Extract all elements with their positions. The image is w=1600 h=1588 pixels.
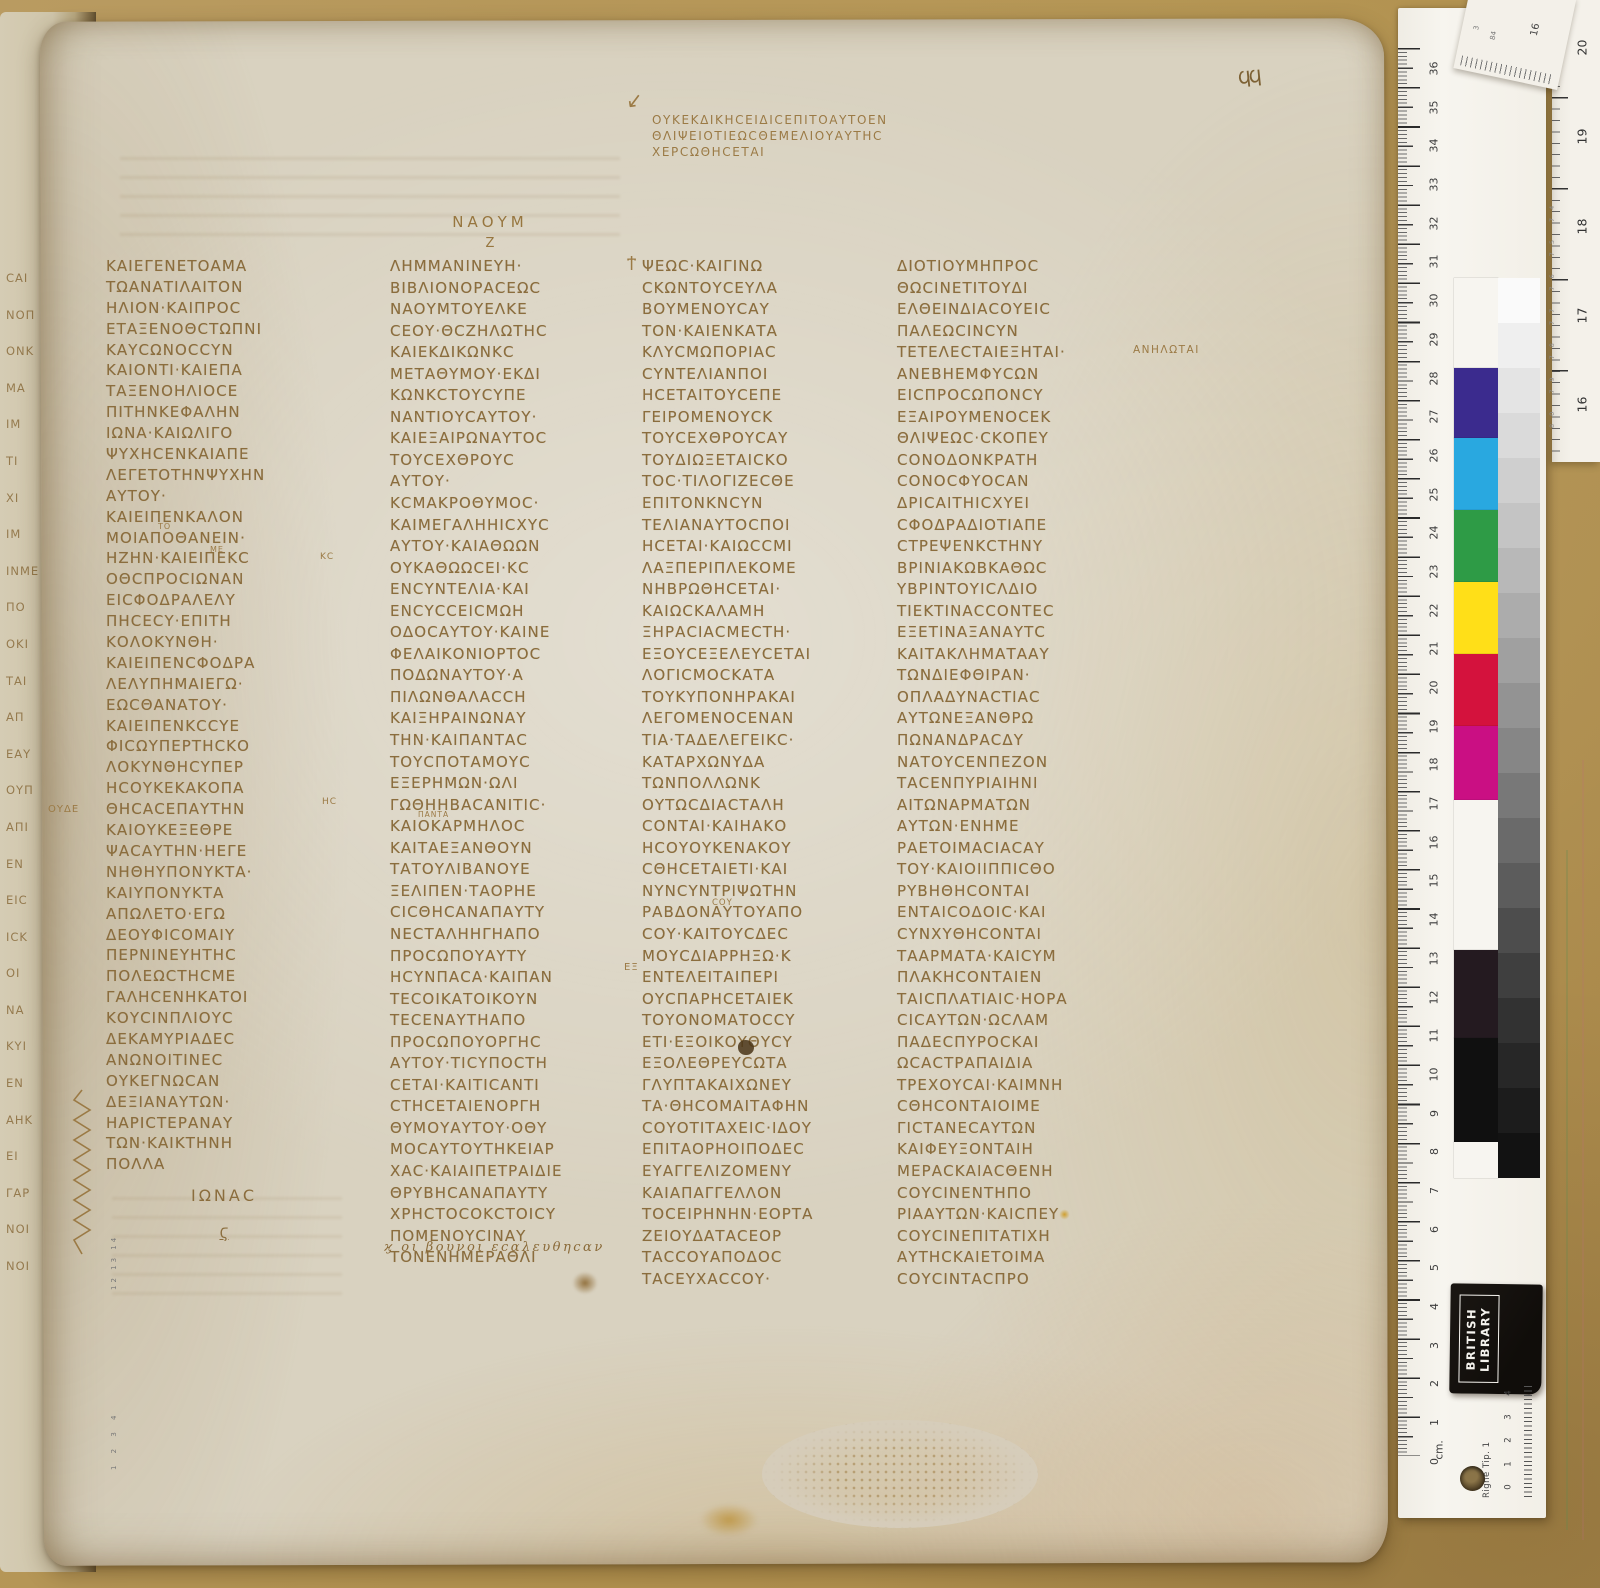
coronis-decoration [70, 1088, 94, 1258]
text-line: ΤΩΝΠΟΛΛΩΝΚ [642, 773, 878, 795]
cm-number: 24 [1428, 526, 1441, 540]
text-line: ΑΥΤΟΥ· [106, 486, 342, 507]
text-line: ΝΗΘΗΥΠΟΝΥΚΤΑ· [106, 862, 342, 883]
text-line: ΚΑΙΦΕΥΞΟΝΤΑΙΗ [897, 1139, 1133, 1161]
colour-calibration-chart [1454, 278, 1540, 1178]
gray-step [1498, 593, 1540, 638]
cm-number: 4 [1428, 1303, 1441, 1310]
colour-patch [1454, 278, 1498, 368]
text-line: ΝΥΝϹΥΝΤΡΙΨΩΤΗΝ [642, 881, 878, 903]
cm-number: 18 [1428, 758, 1441, 772]
inch-number: 17 [1575, 307, 1590, 323]
cm-number: 11 [1428, 1029, 1441, 1043]
inch-scale-numbers: 2019181716 [1572, 40, 1592, 412]
text-line: ΚΑΙΥΠΟΝΥΚΤΑ [106, 883, 342, 904]
inch-number: 19 [1575, 129, 1590, 145]
text-line: ΠΗϹΕϹΥ·ΕΠΙΤΗ [106, 611, 342, 632]
cm-number: 30 [1428, 294, 1441, 308]
text-line: ΤΙΕΚΤΙΝΑϹϹΟΝΤΕϹ [897, 601, 1133, 623]
text-line: ΑΥΤΟΥ·ΚΑΙΑΘΩΩΝ [390, 536, 626, 558]
text-line: ΤΟΥΟΝΟΜΑΤΟϹϹΥ [642, 1010, 878, 1032]
colour-patch [1454, 510, 1498, 582]
text-line: ΕΝϹΥΝΤΕΛΙΑ·ΚΑΙ [390, 579, 626, 601]
text-line: ϹΕΤΑΙ·ΚΑΙΤΙϹΑΝΤΙ [390, 1075, 626, 1097]
cm-number: 14 [1428, 913, 1441, 927]
text-line: ΘΛΙΨΕΩϹ·ϹΚΟΠΕΥ [897, 428, 1133, 450]
text-line: ΛΟΓΙϹΜΟϹΚΑΤΑ [642, 665, 878, 687]
text-line: ΑΥΤΟΥ· [390, 471, 626, 493]
subscription-numeral: Ϛ [106, 1226, 342, 1242]
text-line: ΕΞΟΛΕΘΡΕΥϹΩΤΑ [642, 1053, 878, 1075]
text-line: ΔΕΟΥΦΙϹΟΜΑΙΥ [106, 925, 342, 946]
text-line: ΓΙϹΤΑΝΕϹΑΥΤΩΝ [897, 1118, 1133, 1140]
text-line: ΚΑΙΜΕΓΑΛΗΗΙϹΧΥϹ [390, 515, 626, 537]
text-line: ΤΟϹ·ΤΙΛΟΓΙΖΕϹΘΕ [642, 471, 878, 493]
text-line: ϹΙϹΑΥΤΩΝ·ΩϹΛΑΜ [897, 1010, 1133, 1032]
text-line: ΤΟΥΔΙΩΞΕΤΑΙϹΚΟ [642, 450, 878, 472]
text-line: ΟΥΚΕΓΝΩϹΑΝ [106, 1071, 342, 1092]
text-line: ΤΑϹΕΥΧΑϹϹΟΥ· [642, 1269, 878, 1291]
text-line: ΛΕΓΟΜΕΝΟϹΕΝΑΝ [642, 708, 878, 730]
text-line: ΙΩΝΑ·ΚΑΙΩΛΙΓΟ [106, 423, 342, 444]
text-line: ϹΟΥΟΤΙΤΑΧΕΙϹ·ΙΔΟΥ [642, 1118, 878, 1140]
cm-number: 9 [1428, 1110, 1441, 1117]
cm-number: 29 [1428, 332, 1441, 346]
interlinear-correction: ΜΕ [210, 545, 224, 554]
text-line: ΤΩΝ·ΚΑΙΚΤΗΝΗ [106, 1133, 342, 1154]
text-line: ΒΙΒΛΙΟΝΟΡΑϹΕΩϹ [390, 278, 626, 300]
text-line: ΗϹΕΤΑΙ·ΚΑΙΩϹϹΜΙ [642, 536, 878, 558]
text-line: ΑΝΕΒΗΕΜΦΥϹΩΝ [897, 364, 1133, 386]
text-line: ΟΘϹΠΡΟϹΙΩΝΑΝ [106, 569, 342, 590]
marginal-correction: ΕΞ [624, 962, 639, 973]
text-line: ΚΑΙΟΝΤΙ·ΚΑΙΕΠΑ [106, 360, 342, 381]
marginal-correction: ΗϹ [322, 797, 337, 807]
text-line: ΞΕΛΙΠΕΝ·ΤΑΟΡΗΕ [390, 881, 626, 903]
text-line: ΔΡΙϹΑΙΤΗΙϹΧΥΕΙ [897, 493, 1133, 515]
text-line: ΠΟΛΕΩϹΤΗϹΜΕ [106, 966, 342, 987]
text-line: ΚΑΙΕΙΠΕΝϹΦΟΔΡΑ [106, 653, 342, 674]
text-line: ΘΡΥΒΗϹΑΝΑΠΑΥΤΥ [390, 1183, 626, 1205]
colour-patch [1454, 438, 1498, 510]
gray-step [1498, 1088, 1540, 1133]
text-line: ΕΞΕΡΗΜΩΝ·ΩΛΙ [390, 773, 626, 795]
text-line: ΚΑΙΟΥΚΕΞΕΘΡΕ [106, 820, 342, 841]
text-line: ϹΘΗϹΟΝΤΑΙΟΙΜΕ [897, 1096, 1133, 1118]
text-line: ϹΟΝΤΑΙ·ΚΑΙΗΑΚΟ [642, 816, 878, 838]
text-line: ΠΙΤΗΝΚΕΦΑΛΗΝ [106, 402, 342, 423]
cm-number: 15 [1428, 874, 1441, 888]
text-line: ΤΟΥΚΥΠΟΝΗΡΑΚΑΙ [642, 687, 878, 709]
inch-number: 20 [1575, 40, 1590, 56]
text-line: ΕΩϹΘΑΝΑΤΟΥ· [106, 695, 342, 716]
colour-patch [1454, 726, 1498, 800]
subscription-jonah: ΙΩΝΑϹ [106, 1186, 342, 1205]
gray-step [1498, 1133, 1540, 1178]
text-line: ΜΟΙΑΠΟΘΑΝΕΙΝ· [106, 528, 342, 549]
text-line: ΧΑϹ·ΚΑΙΑΙΠΕΤΡΑΙΔΙΕ [390, 1161, 626, 1183]
mini-scale-numbers: 1 2 3 4 [110, 1411, 118, 1471]
text-line: ΚΑΙΕΚΔΙΚΩΝΚϹ [390, 342, 626, 364]
ruler-fragment-number: 84 [1489, 30, 1499, 40]
cm-number: 26 [1428, 448, 1441, 462]
text-column-2: ΛΗΜΜΑΝΙΝΕΥΗ·ΒΙΒΛΙΟΝΟΡΑϹΕΩϹΝΑΟΥΜΤΟΥΕΛΚΕϹΕ… [390, 256, 626, 1269]
text-line: ΨΕΩϹ·ΚΑΙΓΙΝΩ [642, 256, 878, 278]
text-line: ΝΑΝΤΙΟΥϹΑΥΤΟΥ· [390, 407, 626, 429]
cm-number: 13 [1428, 951, 1441, 965]
text-line: ΚΩΝΚϹΤΟΥϹΥΠΕ [390, 385, 626, 407]
text-line: ΡΥΒΗΘΗϹΟΝΤΑΙ [897, 881, 1133, 903]
cm-number: 27 [1428, 410, 1441, 424]
colour-patch [1454, 582, 1498, 654]
text-line: ΚΑΙΞΗΡΑΙΝΩΝΑΥ [390, 708, 626, 730]
gray-step [1498, 908, 1540, 953]
cm-number: 16 [1428, 835, 1441, 849]
text-line: ϹΟΝΟϹΦΥΟϹΑΝ [897, 471, 1133, 493]
text-line: ΕΤΙ·ΕΞΟΙΚΟΥΘΥϹΥ [642, 1032, 878, 1054]
text-line: ΠΑΛΕΩϹΙΝϹΥΝ [897, 321, 1133, 343]
text-line: ΗϹΟΥΚΕΚΑΚΟΠΑ [106, 778, 342, 799]
righe-number: 2 [1504, 1437, 1514, 1442]
mini-scale-numbers: 12 13 14 [110, 1235, 118, 1290]
text-line: ΤΑϹϹΟΥΑΠΟΔΟϹ [642, 1247, 878, 1269]
cursive-foot-note: ϗ οι βουνοι εϲαλευθηϲαν [384, 1240, 605, 1255]
text-line: ΤΩΝΔΙΕΦΘΙΡΑΝ· [897, 665, 1133, 687]
text-line: ΗΖΗΝ·ΚΑΙΕΙΠΕΚϹ [106, 548, 342, 569]
text-line: ΕΝΤΑΙϹΟΔΟΙϹ·ΚΑΙ [897, 902, 1133, 924]
text-line: ΒΡΙΝΙΑΚΩΒΚΑΘΩϹ [897, 558, 1133, 580]
gray-step [1498, 548, 1540, 593]
text-line: ϹΤΗϹΕΤΑΙΕΝΟΡΓΗ [390, 1096, 626, 1118]
gray-step [1498, 728, 1540, 773]
text-line: ΟΥΚΑΘΩΩϹΕΙ·ΚϹ [390, 558, 626, 580]
cm-number: 2 [1428, 1380, 1441, 1387]
text-line: ΗϹΥΝΠΑϹΑ·ΚΑΙΠΑΝ [390, 967, 626, 989]
text-line: ΚϹΜΑΚΡΟΘΥΜΟϹ· [390, 493, 626, 515]
text-line: ΤΕϹΟΙΚΑΤΟΙΚΟΥΝ [390, 989, 626, 1011]
text-line: ΔΙΟΤΙΟΥΜΗΠΡΟϹ [897, 256, 1133, 278]
cm-number: 34 [1428, 139, 1441, 153]
cm-number: 20 [1428, 681, 1441, 695]
cm-number: 7 [1428, 1187, 1441, 1194]
text-line: ΝΑΤΟΥϹΕΝΠΕΖΟΝ [897, 752, 1133, 774]
text-line: ΒΟΥΜΕΝΟΥϹΑΥ [642, 299, 878, 321]
text-line: ΜΕΡΑϹΚΑΙΑϹΘΕΝΗ [897, 1161, 1133, 1183]
text-line: ΛΕΓΕΤΟΤΗΝΨΥΧΗΝ [106, 465, 342, 486]
text-line: ΤΩΑΝΑΤΙΛΑΙΤΟΝ [106, 277, 342, 298]
text-line: ΚΟΥϹΙΝΠΛΙΟΥϹ [106, 1008, 342, 1029]
text-line: ΤΙΑ·ΤΑΔΕΛΕΓΕΙΚϹ· [642, 730, 878, 752]
gray-step [1498, 458, 1540, 503]
book-heading-nahum: ΝΑΟΥΜ [430, 213, 550, 231]
text-line: ΕΝϹΥϹϹΕΙϹΜΩΗ [390, 601, 626, 623]
text-line: ΠΑΔΕϹΠΥΡΟϹΚΑΙ [897, 1032, 1133, 1054]
text-line: ϹΥΝΧΥΘΗϹΟΝΤΑΙ [897, 924, 1133, 946]
british-library-label: BRITISH LIBRARY [1465, 1306, 1493, 1372]
text-line: ΡΑΒΔΟΝΑΥΤΟΥΑΠΟ [642, 902, 878, 924]
text-line: ΜΟϹΑΥΤΟΥΤΗΚΕΙΑΡ [390, 1139, 626, 1161]
text-line: ΤΑ·ΘΗϹΟΜΑΙΤΑΦΗΝ [642, 1096, 878, 1118]
text-line: ΚΑΙΤΑΕΞΑΝΘΟΥΝ [390, 838, 626, 860]
top-marginal-note: ΟΥΚΕΚΔΙΚΗϹΕΙΔΙϹΕΠΙΤΟΑΥΤΟΕΝΘΛΙΨΕΙΟΤΙΕΩϹΘΕ… [652, 112, 888, 160]
text-line: ΠΙΛΩΝΘΑΛΑϹϹΗ [390, 687, 626, 709]
gray-step [1498, 413, 1540, 458]
book-heading-numeral: Ζ [430, 236, 550, 251]
righe-number: 4 [1504, 1390, 1514, 1395]
text-line: ΕΛΘΕΙΝΔΙΑϹΟΥΕΙϹ [897, 299, 1133, 321]
text-line: ΜΟΥϹΔΙΑΡΡΗΞΩ·Κ [642, 946, 878, 968]
cm-number: 10 [1428, 1067, 1441, 1081]
cm-number: 1 [1428, 1419, 1441, 1426]
marginal-note-line: ΘΛΙΨΕΙΟΤΙΕΩϹΘΕΜΕΛΙΟΥΑΥΤΗϹ [652, 128, 888, 144]
text-line: ϹΦΟΔΡΑΔΙΟΤΙΑΠΕ [897, 515, 1133, 537]
cm-number: 19 [1428, 719, 1441, 733]
text-line: ΚΑΙΕΙΠΕΝΚϹϹΥΕ [106, 716, 342, 737]
interlinear-correction: ΚϹ [320, 552, 334, 562]
text-line: ΗϹΕΤΑΙΤΟΥϹΕΠΕ [642, 385, 878, 407]
text-line: ΔΕΚΑΜΥΡΙΑΔΕϹ [106, 1029, 342, 1050]
text-line: ΑΥΤΩΝΕΞΑΝΘΡΩ [897, 708, 1133, 730]
text-line: ΠΟΔΩΝΑΥΤΟΥ·Α [390, 665, 626, 687]
cm-number: 28 [1428, 371, 1441, 385]
gray-step [1498, 323, 1540, 368]
cm-number: 25 [1428, 487, 1441, 501]
text-line: ΑΥΤΗϹΚΑΙΕΤΟΙΜΑ [897, 1247, 1133, 1269]
text-line: ΤΟΥ·ΚΑΙΟΙΙΠΠΙϹΘΟ [897, 859, 1133, 881]
text-line: ΑΥΤΟΥ·ΤΙϹΥΠΟϹΤΗ [390, 1053, 626, 1075]
text-line: ΚΑΤΑΡΧΩΝΥΔΑ [642, 752, 878, 774]
text-line: ΟΔΟϹΑΥΤΟΥ·ΚΑΙΝΕ [390, 622, 626, 644]
text-line: ΓΑΛΗϹΕΝΗΚΑΤΟΙ [106, 987, 342, 1008]
text-line: ϹΟΝΟΔΟΝΚΡΑΤΗ [897, 450, 1133, 472]
british-library-label-box: BRITISH LIBRARY [1458, 1294, 1499, 1383]
colour-patch-column [1454, 278, 1498, 1178]
cm-number: 12 [1428, 990, 1441, 1004]
gray-step [1498, 998, 1540, 1043]
text-line: ΚΛΥϹΜΩΠΟΡΙΑϹ [642, 342, 878, 364]
text-line: ΛΟΚΥΝΘΗϹΥΠΕΡ [106, 757, 342, 778]
text-line: ΚΟΛΟΚΥΝΘΗ· [106, 632, 342, 653]
text-column-3: ΨΕΩϹ·ΚΑΙΓΙΝΩϹΚΩΝΤΟΥϹΕΥΛΑΒΟΥΜΕΝΟΥϹΑΥΤΟΝ·Κ… [642, 256, 878, 1290]
text-line: ΝΕϹΤΑΛΗΗΓΗΑΠΟ [390, 924, 626, 946]
text-line: ΩϹΑϹΤΡΑΠΑΙΔΙΑ [897, 1053, 1133, 1075]
marginal-correction: ΑΝΗΛΩΤΑΙ [1133, 344, 1200, 356]
righe-scale: Righe Tip. 1 43210 [1490, 1386, 1542, 1504]
cm-number: 21 [1428, 642, 1441, 656]
cm-number: 23 [1428, 564, 1441, 578]
text-line: ΗϹΟΥΟΥΚΕΝΑΚΟΥ [642, 838, 878, 860]
text-line: ΕΙϹΠΡΟϹΩΠΟΝϹΥ [897, 385, 1133, 407]
gray-step [1498, 368, 1540, 413]
text-line: ΨΑϹΑΥΤΗΝ·ΗΕΓΕ [106, 841, 342, 862]
text-line: ΡΙΑΑΥΤΩΝ·ΚΑΙϹΠΕΥ [897, 1204, 1133, 1226]
text-line: ΤΕϹΕΝΑΥΤΗΑΠΟ [390, 1010, 626, 1032]
text-line: ΓΛΥΠΤΑΚΑΙΧΩΝΕΥ [642, 1075, 878, 1097]
ruler-fragment-number: 3 [1472, 25, 1481, 31]
text-line: ΔΕΞΙΑΝΑΥΤΩΝ· [106, 1092, 342, 1113]
text-line: ΓΕΙΡΟΜΕΝΟΥϹΚ [642, 407, 878, 429]
text-line: ΤΑΑΡΜΑΤΑ·ΚΑΙϹΥΜ [897, 946, 1133, 968]
british-library-ruler: 3635343332313029282726252423222120191817… [1398, 8, 1546, 1518]
text-line: ΗΛΙΟΝ·ΚΑΙΠΡΟϹ [106, 298, 342, 319]
text-line: ΨΥΧΗϹΕΝΚΑΙΑΠΕ [106, 444, 342, 465]
british-library-label-line2: LIBRARY [1479, 1306, 1493, 1371]
cm-number: 8 [1428, 1148, 1441, 1155]
text-line: ΤΕΤΕΛΕϹΤΑΙΕΞΗΤΑΙ· [897, 342, 1133, 364]
text-line: ΑΝΩΝΟΙΤΙΝΕϹ [106, 1050, 342, 1071]
righe-number: 1 [1504, 1461, 1514, 1466]
text-line: ΠΡΟϹΩΠΟΥΑΥΤΥ [390, 946, 626, 968]
text-line: ΝΑΟΥΜΤΟΥΕΛΚΕ [390, 299, 626, 321]
text-line: ΠΩΝΑΝΔΡΑϹΔΥ [897, 730, 1133, 752]
interlinear-correction: ϹΟΥ [712, 898, 733, 908]
text-line: ΕΠΙΤΟΝΚΝϹΥΝ [642, 493, 878, 515]
text-line: ΘΩϹΙΝΕΤΙΤΟΥΔΙ [897, 278, 1133, 300]
gray-step [1498, 503, 1540, 548]
colour-patch [1454, 368, 1498, 438]
marginal-note-line: ΧΕΡϹΩΘΗϹΕΤΑΙ [652, 144, 888, 160]
text-line: ΤΟΥϹΕΧΘΡΟΥϹΑΥ [642, 428, 878, 450]
text-line: ΞΗΡΑϹΙΑϹΜΕϹΤΗ· [642, 622, 878, 644]
ruler-hole [1460, 1466, 1485, 1491]
text-line: ΧΡΗϹΤΟϹΟΚϹΤΟΙϹΥ [390, 1204, 626, 1226]
cm-scale-numbers: 3635343332313029282726252423222120191817… [1424, 62, 1444, 1468]
text-line: ΤΑϹΕΝΠΥΡΙΑΙΗΝΙ [897, 773, 1133, 795]
text-line: ϹΟΥϹΙΝΕΠΙΤΑΤΙΧΗ [897, 1226, 1133, 1248]
gray-step [1498, 953, 1540, 998]
text-line: ΤΟϹΕΙΡΗΝΗΝ·ΕΟΡΤΑ [642, 1204, 878, 1226]
ruler-fragment-number: 16 [1529, 22, 1542, 37]
cm-number: 3 [1428, 1342, 1441, 1349]
gray-step [1498, 863, 1540, 908]
text-line: ΜΕΤΑΘΥΜΟΥ·ΕΚΔΙ [390, 364, 626, 386]
text-line: ΦΕΛΑΙΚΟΝΙΟΡΤΟϹ [390, 644, 626, 666]
grayscale-step-column [1498, 278, 1540, 1178]
text-line: ϹΥΝΤΕΛΙΑΝΠΟΙ [642, 364, 878, 386]
righe-number: 0 [1504, 1484, 1514, 1489]
cm-number: 36 [1428, 62, 1441, 76]
text-line: ΛΑΞΠΕΡΙΠΛΕΚΟΜΕ [642, 558, 878, 580]
marginal-correction: ΟΥΔΕ [48, 804, 79, 815]
cm-number: 17 [1428, 797, 1441, 811]
text-line: ΚΑΙΑΠΑΓΓΕΛΛΟΝ [642, 1183, 878, 1205]
text-column-1: ΚΑΙΕΓΕΝΕΤΟΑΜΑΤΩΑΝΑΤΙΛΑΙΤΟΝΗΛΙΟΝ·ΚΑΙΠΡΟϹΕ… [106, 256, 342, 1175]
text-line: ΤΗΝ·ΚΑΙΠΑΝΤΑϹ [390, 730, 626, 752]
cm-number: 22 [1428, 603, 1441, 617]
text-line: ϹΙϹΘΗϹΑΝΑΠΑΥΤΥ [390, 902, 626, 924]
text-line: ΑΠΩΛΕΤΟ·ΕΓΩ [106, 904, 342, 925]
text-line: ΚΑΙΟΚΑΡΜΗΛΟϹ [390, 816, 626, 838]
colour-patch [1454, 800, 1498, 950]
text-line: ΠΟΛΛΑ [106, 1154, 342, 1175]
text-line: ΚΑΙΤΑΚΛΗΜΑΤΑΑΥ [897, 644, 1133, 666]
folio-mark: ϤϤ [1237, 67, 1261, 89]
text-line: ΤΑΞΕΝΟΗΛΙΟϹΕ [106, 381, 342, 402]
text-line: ΤΟΝ·ΚΑΙΕΝΚΑΤΑ [642, 321, 878, 343]
text-line: ΤΑΙϹΠΛΑΤΙΑΙϹ·ΗΟΡΑ [897, 989, 1133, 1011]
text-line: ΟΠΛΑΔΥΝΑϹΤΙΑϹ [897, 687, 1133, 709]
insertion-arrow-icon: ↙ [624, 87, 644, 113]
film-edge-artifact [1582, 760, 1584, 1540]
cm-number: 32 [1428, 216, 1441, 230]
text-line: ΟΥΤΩϹΔΙΑϹΤΑΛΗ [642, 795, 878, 817]
text-line: ΕΞΟΥϹΕΞΕΛΕΥϹΕΤΑΙ [642, 644, 878, 666]
cm-number: 6 [1428, 1226, 1441, 1233]
inch-number: 16 [1575, 397, 1590, 413]
text-line: ΕΞΕΤΙΝΑΞΑΝΑΥΤϹ [897, 622, 1133, 644]
marginal-note-line: ΟΥΚΕΚΔΙΚΗϹΕΙΔΙϹΕΠΙΤΟΑΥΤΟΕΝ [652, 112, 888, 128]
colour-patch [1454, 1142, 1498, 1178]
text-line: ΝΗΒΡΩΘΗϹΕΤΑΙ· [642, 579, 878, 601]
gray-step [1498, 818, 1540, 863]
text-line: ϹΚΩΝΤΟΥϹΕΥΛΑ [642, 278, 878, 300]
gray-step [1498, 278, 1540, 323]
text-line: ΡΑΕΤΟΙΜΑϹΙΑϹΑΥ [897, 838, 1133, 860]
gray-step [1498, 1043, 1540, 1088]
text-line: ΕΙϹΦΟΔΡΑΛΕΛΥ [106, 590, 342, 611]
text-line: ΑΙΤΩΝΑΡΜΑΤΩΝ [897, 795, 1133, 817]
text-line: ΚΑΙΕΓΕΝΕΤΟΑΜΑ [106, 256, 342, 277]
gray-step [1498, 638, 1540, 683]
text-line: ΖΕΙΟΥΔΑΤΑϹΕΟΡ [642, 1226, 878, 1248]
text-line: ΤΑΤΟΥΛΙΒΑΝΟΥΕ [390, 859, 626, 881]
text-line: ΕΠΙΤΑΟΡΗΟΙΠΟΔΕϹ [642, 1139, 878, 1161]
righe-number: 3 [1504, 1414, 1514, 1419]
text-line: ΛΗΜΜΑΝΙΝΕΥΗ· [390, 256, 626, 278]
cm-number: 31 [1428, 255, 1441, 269]
colour-patch [1454, 1038, 1498, 1142]
righe-scale-label: Righe Tip. 1 [1482, 1442, 1492, 1498]
text-line: ϹΟΥ·ΚΑΙΤΟΥϹΔΕϹ [642, 924, 878, 946]
inch-small-numbers: 80 79 78 77 76 75 74 [1548, 198, 1556, 428]
text-line: ΠΡΟϹΩΠΟΥΟΡΓΗϹ [390, 1032, 626, 1054]
inch-number: 18 [1575, 218, 1590, 234]
interlinear-correction: ΠΑΝΤΑ [418, 810, 449, 819]
text-line: ΚΑΥϹΩΝΟϹϹΥΝ [106, 340, 342, 361]
text-line: ΕΤΑΞΕΝΟΘϹΤΩΠΝΙ [106, 319, 342, 340]
text-line: ϹΘΗϹΕΤΑΙΕΤΙ·ΚΑΙ [642, 859, 878, 881]
text-line: ΤΕΛΙΑΝΑΥΤΟϹΠΟΙ [642, 515, 878, 537]
righe-scale-numbers: 43210 [1506, 1388, 1511, 1492]
text-line: ϹΕΟΥ·ΘϹΖΗΛΩΤΗϹ [390, 321, 626, 343]
text-line: ΛΕΛΥΠΗΜΑΙΕΓΩ· [106, 674, 342, 695]
cm-number: 33 [1428, 178, 1441, 192]
text-line: ΚΑΙΕΙΠΕΝΚΑΛΟΝ [106, 507, 342, 528]
text-line: ΑΥΤΩΝ·ΕΝΗΜΕ [897, 816, 1133, 838]
text-line: ΘΗϹΑϹΕΠΑΥΤΗΝ [106, 799, 342, 820]
british-library-tab: BRITISH LIBRARY [1449, 1283, 1543, 1394]
colour-patch [1454, 654, 1498, 726]
text-line: ΠΛΑΚΗϹΟΝΤΑΙΕΝ [897, 967, 1133, 989]
text-line: ΥΒΡΙΝΤΟΥΙϹΛΔΙΟ [897, 579, 1133, 601]
text-line: ΤΟΥϹΠΟΤΑΜΟΥϹ [390, 752, 626, 774]
text-line: ΘΥΜΟΥΑΥΤΟΥ·ΟΘΥ [390, 1118, 626, 1140]
text-line: ϹΟΥϹΙΝΤΑϹΠΡΟ [897, 1269, 1133, 1291]
interlinear-correction: ΤΟ [158, 522, 171, 531]
text-line: ΕΝΤΕΛΕΙΤΑΙΠΕΡΙ [642, 967, 878, 989]
text-line: ϹΟΥϹΙΝΕΝΤΗΠΟ [897, 1183, 1133, 1205]
text-line: ΕΞΑΙΡΟΥΜΕΝΟϹΕΚ [897, 407, 1133, 429]
cm-number: 35 [1428, 100, 1441, 114]
text-line: ΦΙϹΩΥΠΕΡΤΗϹΚΟ [106, 736, 342, 757]
colour-patch [1454, 950, 1498, 1038]
cm-number: 5 [1428, 1264, 1441, 1271]
text-line: ΤΟΥϹΕΧΘΡΟΥϹ [390, 450, 626, 472]
text-line: ΕΥΑΓΓΕΛΙΖΟΜΕΝΥ [642, 1161, 878, 1183]
gray-step [1498, 683, 1540, 728]
text-line: ΚΑΙΩϹΚΑΛΑΜΗ [642, 601, 878, 623]
paragraph-mark: Ϯ [627, 253, 637, 271]
